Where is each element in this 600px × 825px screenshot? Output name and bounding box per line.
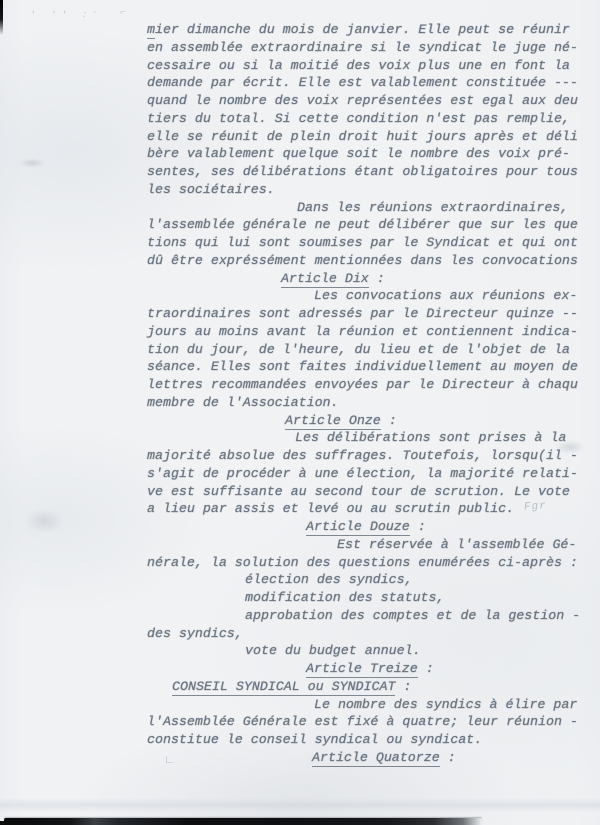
- scan-edge-artifact-bottom-corner: [0, 821, 10, 825]
- underlined-text: m: [147, 22, 155, 39]
- text-line: vote du budget annuel.: [147, 642, 577, 660]
- underlined-text: CONSEIL SYNDICAL ou SYNDICAT: [172, 679, 395, 696]
- text-line: élection des syndics,: [147, 571, 577, 589]
- underlined-text: Article Douze: [306, 519, 410, 536]
- text-line: sentes, ses délibérations étant obligato…: [147, 163, 577, 181]
- text-line: s'agit de procéder à une élection, la ma…: [147, 465, 577, 483]
- text-line: majorité absolue des suffrages. Toutefoi…: [147, 447, 577, 465]
- heading-line: Article Quatorze :: [147, 749, 577, 767]
- text-line: quand le nombre des voix représentées es…: [147, 92, 577, 110]
- text-line: membre de l'Association.: [147, 394, 577, 412]
- text-line: bère valablement quelque soit le nombre …: [147, 145, 577, 163]
- text-line: modification des statuts,: [147, 589, 577, 607]
- pencil-annotation-fgr: Fgr: [524, 500, 548, 514]
- text-line: a lieu par assis et levé ou au scrutin p…: [147, 500, 577, 518]
- underlined-text: Article Treize: [306, 661, 418, 678]
- text-line: tion du jour, de l'heure, du lieu et de …: [147, 341, 577, 359]
- text-line: l'assemblée générale ne peut délibérer q…: [147, 216, 577, 234]
- text-line: en assemblée extraordinaire si le syndic…: [147, 39, 577, 57]
- underlined-text: Article Quatorze: [312, 750, 440, 767]
- heading-line: Article Onze :: [147, 412, 577, 430]
- text-line: jours au moins avant la réunion et conti…: [147, 323, 577, 341]
- pencil-smudge-left-margin: [18, 158, 46, 168]
- pencil-marks-top-left: ' '' :: [30, 10, 92, 20]
- pencil-corner-bracket: ∟: [166, 755, 173, 767]
- text-line: ve est suffisante au second tour de scru…: [147, 483, 577, 501]
- text-line: l'Assemblée Générale est fixé à quatre; …: [147, 713, 577, 731]
- text-line: tions qui lui sont soumises par le Syndi…: [147, 234, 577, 252]
- text-line: Les délibérations sont prises à la: [147, 429, 577, 447]
- text-line: elle se réunit de plein droit huit jours…: [147, 128, 577, 146]
- text-line: lettres recommandées envoyées par le Dir…: [147, 376, 577, 394]
- typewritten-text: mier dimanche du mois de janvier. Elle p…: [147, 21, 577, 767]
- text-line: les sociétaires.: [147, 181, 577, 199]
- scan-edge-artifact-bottom: [4, 818, 482, 825]
- text-line: tiers du total. Si cette condition n'est…: [147, 110, 577, 128]
- text-line: constitue le conseil syndical ou syndica…: [147, 731, 577, 749]
- text-line: cessaire ou si la moitié des voix plus u…: [147, 57, 577, 75]
- heading-line: CONSEIL SYNDICAL ou SYNDICAT :: [147, 678, 577, 696]
- text-line: traordinaires sont adressés par le Direc…: [147, 305, 577, 323]
- text-line: Le nombre des syndics à élire par: [147, 696, 577, 714]
- underlined-text: Article Dix: [281, 271, 369, 288]
- scan-edge-artifact-top-left: [0, 0, 3, 35]
- text-line: demande par écrit. Elle est valablement …: [147, 74, 577, 92]
- heading-line: Article Dix :: [147, 270, 577, 288]
- heading-line: Article Douze :: [147, 518, 577, 536]
- text-line: dû être expréssément mentionnées dans le…: [147, 252, 577, 270]
- text-line: approbation des comptes et de la gestion…: [147, 607, 577, 625]
- text-line: séance. Elles sont faites individuelleme…: [147, 358, 577, 376]
- text-line: nérale, la solution des questions enumér…: [147, 554, 577, 572]
- paper-shading-band: [0, 798, 600, 812]
- text-line: mier dimanche du mois de janvier. Elle p…: [147, 21, 577, 39]
- pencil-smudge-left-margin-2: [24, 508, 64, 534]
- text-line: Est réservée à l'assemblée Gé-: [147, 536, 577, 554]
- text-line: Les convocations aux réunions ex-: [147, 287, 577, 305]
- document-page: mier dimanche du mois de janvier. Elle p…: [0, 0, 600, 825]
- heading-line: Article Treize :: [147, 660, 577, 678]
- pencil-marks-top-left-2: - ⌐: [92, 8, 134, 19]
- underlined-text: Article Onze: [285, 413, 381, 430]
- text-line: Dans les réunions extraordinaires,: [147, 199, 577, 217]
- text-line: des syndics,: [147, 625, 577, 643]
